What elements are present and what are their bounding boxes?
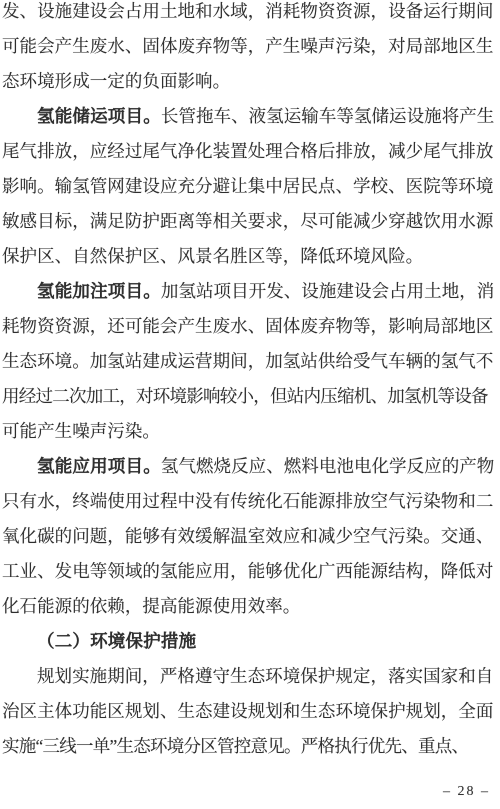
text-line: 只有水，终端使用过程中没有传统化石能源排放空气污染物和二 [2, 484, 494, 519]
text-run: 只有水，终端使用过程中没有传统化石能源排放空气污染物和二 [2, 491, 493, 511]
text-run: 敏感目标，满足防护距离等相关要求，尽可能减少穿越饮用水源 [2, 211, 493, 231]
bold-run: 氢能应用项目。 [37, 456, 161, 476]
page-number: – 28 – [443, 784, 490, 800]
text-line: 敏感目标，满足防护距离等相关要求，尽可能减少穿越饮用水源 [2, 204, 494, 239]
document-page: 发、设施建设会占用土地和水域，消耗物资资源，设备运行期间可能会产生废水、固体废弃… [0, 0, 500, 809]
text-run: 影响。输氢管网建设应充分避让集中居民点、学校、医院等环境 [2, 176, 493, 196]
text-run: 规划实施期间，严格遵守生态环境保护规定，落实国家和自 [37, 666, 493, 686]
bold-run: （二）环境保护措施 [37, 631, 196, 651]
text-line: 氢能加注项目。加氢站项目开发、设施建设会占用土地，消 [2, 274, 494, 309]
text-line: 氢能储运项目。长管拖车、液氢运输车等氢储运设施将产生 [2, 99, 494, 134]
text-run: 保护区、自然保护区、风景名胜区等，降低环境风险。 [2, 246, 423, 266]
text-line: 治区主体功能区规划、生态建设规划和生态环境保护规划，全面 [2, 694, 494, 729]
text-line: 影响。输氢管网建设应充分避让集中居民点、学校、医院等环境 [2, 169, 494, 204]
text-run: 耗物资资源，还可能会产生废水、固体废弃物等，影响局部地区 [2, 316, 493, 336]
text-run: 化石能源的依赖，提高能源使用效率。 [2, 596, 300, 616]
text-run: 尾气排放，应经过尾气净化装置处理合格后排放，减少尾气排放 [2, 141, 493, 161]
text-line: 氧化碳的问题，能够有效缓解温室效应和减少空气污染。交通、 [2, 519, 494, 554]
text-run: 态环境形成一定的负面影响。 [2, 71, 230, 91]
document-body: 发、设施建设会占用土地和水域，消耗物资资源，设备运行期间可能会产生废水、固体废弃… [2, 0, 494, 764]
text-line: 生态环境。加氢站建成运营期间，加氢站供给受气车辆的氢气不 [2, 344, 494, 379]
text-line: 化石能源的依赖，提高能源使用效率。 [2, 589, 494, 624]
text-run: 发、设施建设会占用土地和水域，消耗物资资源，设备运行期间 [2, 1, 493, 21]
text-line: 规划实施期间，严格遵守生态环境保护规定，落实国家和自 [2, 659, 494, 694]
text-line: 可能会产生废水、固体废弃物等，产生噪声污染，对局部地区生 [2, 29, 494, 64]
text-run: 治区主体功能区规划、生态建设规划和生态环境保护规划，全面 [2, 701, 493, 721]
section-heading: （二）环境保护措施 [2, 624, 494, 659]
text-line: 发、设施建设会占用土地和水域，消耗物资资源，设备运行期间 [2, 0, 494, 29]
text-run: 用经过二次加工，对环境影响较小，但站内压缩机、加氢机等设备 [2, 386, 488, 406]
text-line: 氢能应用项目。氢气燃烧反应、燃料电池电化学反应的产物 [2, 449, 494, 484]
text-line: 耗物资资源，还可能会产生废水、固体废弃物等，影响局部地区 [2, 309, 494, 344]
text-run: 长管拖车、液氢运输车等氢储运设施将产生 [161, 106, 494, 126]
text-line: 态环境形成一定的负面影响。 [2, 64, 494, 99]
text-run: 生态环境。加氢站建成运营期间，加氢站供给受气车辆的氢气不 [2, 351, 493, 371]
text-run: 可能产生噪声污染。 [2, 421, 160, 441]
text-run: 实施“三线一单”生态环境分区管控意见。严格执行优先、重点、 [2, 736, 468, 756]
text-run: 加氢站项目开发、设施建设会占用土地，消 [161, 281, 494, 301]
text-run: 可能会产生废水、固体废弃物等，产生噪声污染，对局部地区生 [2, 36, 493, 56]
text-line: 实施“三线一单”生态环境分区管控意见。严格执行优先、重点、 [2, 729, 494, 764]
text-line: 可能产生噪声污染。 [2, 414, 494, 449]
text-line: 用经过二次加工，对环境影响较小，但站内压缩机、加氢机等设备 [2, 379, 494, 414]
text-line: 工业、发电等领域的氢能应用，能够优化广西能源结构，降低对 [2, 554, 494, 589]
text-run: 氢气燃烧反应、燃料电池电化学反应的产物 [161, 456, 494, 476]
text-line: 尾气排放，应经过尾气净化装置处理合格后排放，减少尾气排放 [2, 134, 494, 169]
text-line: 保护区、自然保护区、风景名胜区等，降低环境风险。 [2, 239, 494, 274]
text-run: 工业、发电等领域的氢能应用，能够优化广西能源结构，降低对 [2, 561, 493, 581]
bold-run: 氢能储运项目。 [37, 106, 161, 126]
text-run: 氧化碳的问题，能够有效缓解温室效应和减少空气污染。交通、 [2, 526, 493, 546]
bold-run: 氢能加注项目。 [37, 281, 161, 301]
